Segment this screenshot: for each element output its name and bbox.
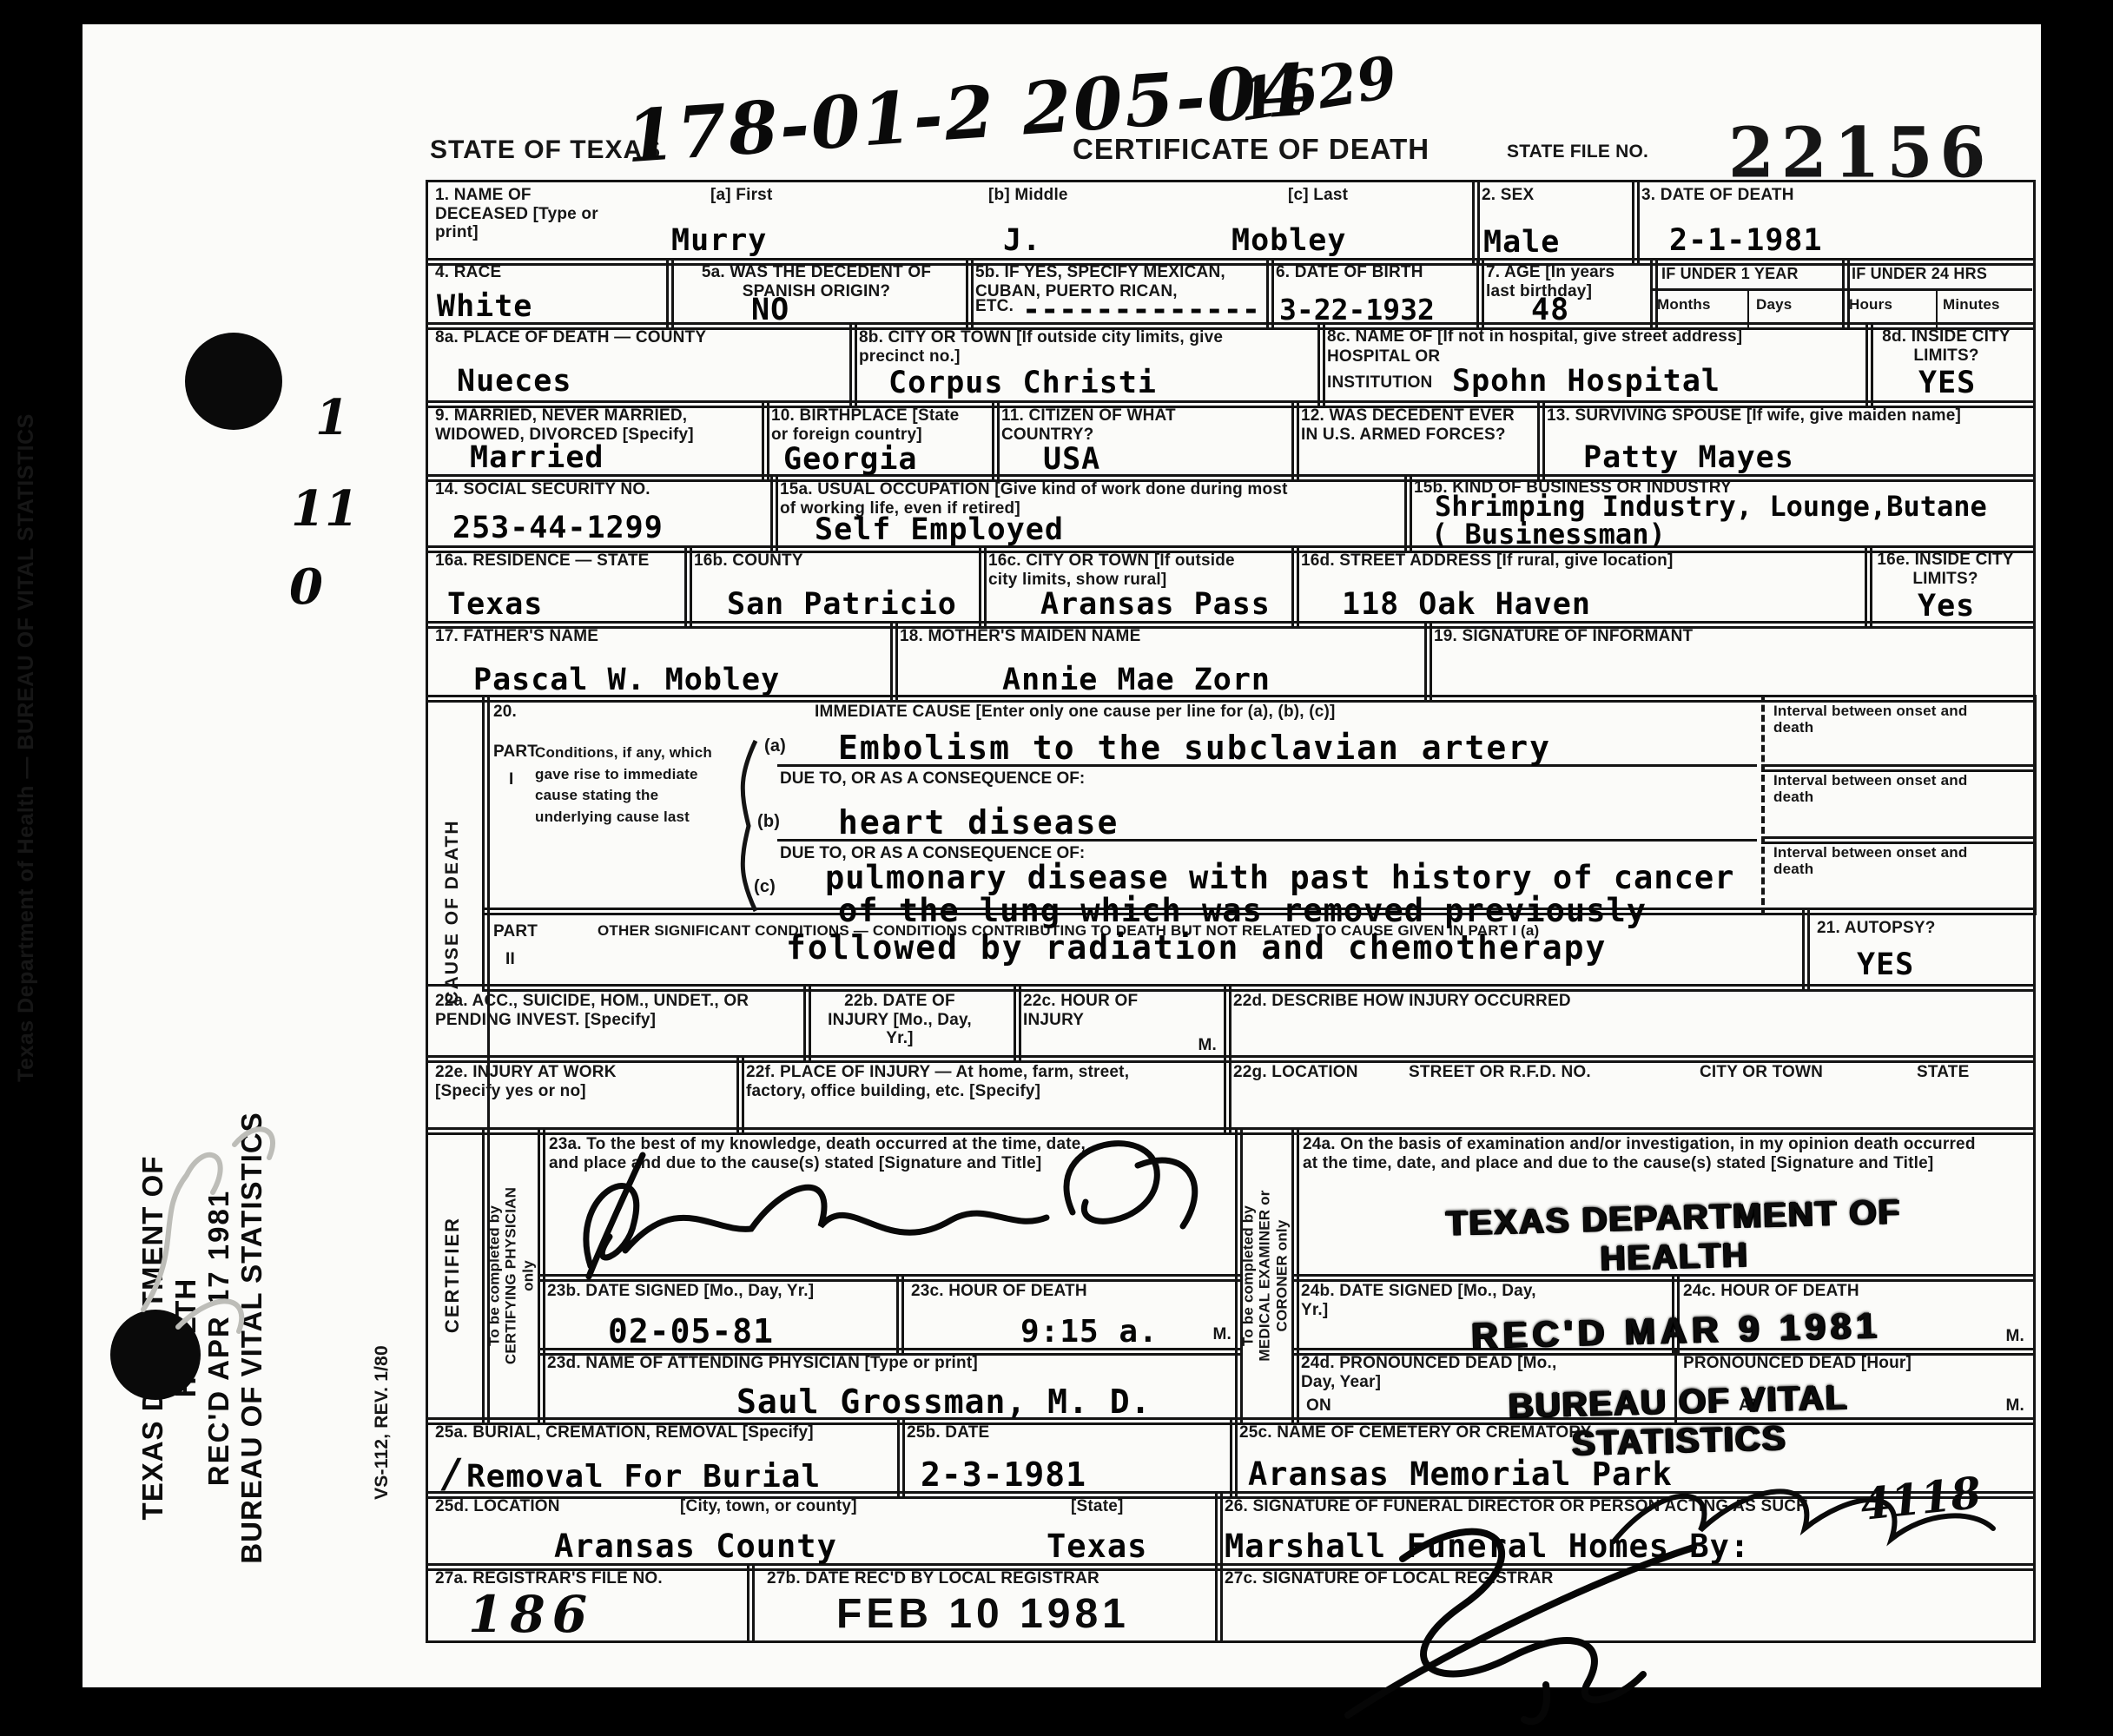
agency-vertical-label: Texas Department of Health — BUREAU OF V… [10,205,42,1290]
box-father-name: 17. FATHER'S NAME Pascal W. Mobley [426,621,898,703]
box-25b: 25b. DATE 2-3-1981 [897,1417,1238,1499]
conditions-brace [735,739,764,913]
received-stamp-mar: TEXAS DEPARTMENT OF HEALTH REC'D MAR 9 1… [1403,1191,1949,1468]
value-date-of-birth: 3-22-1932 [1279,295,1435,324]
value-spouse: Patty Mayes [1583,443,1794,473]
value-residence-county: San Patricio [727,590,957,620]
box-23d: 23d. NAME OF ATTENDING PHYSICIAN [Type o… [538,1348,1243,1425]
value-occupation: Self Employed [815,515,1064,545]
value-residence-state: Texas [447,590,543,620]
signature-certifying-physician [565,1129,1225,1290]
box-if-under-1-year: IF UNDER 1 YEAR Months Days [1650,258,1850,330]
state-file-no-stamp: 22156 [1728,114,1992,193]
value-cause-a: Embolism to the subclavian artery [838,731,1551,764]
value-age: 48 [1531,295,1569,326]
box-interval-c: Interval between onset and death [1761,836,2037,915]
value-part2: followed by radiation and chemotherapy [786,931,1607,964]
box-citizen: 11. CITIZEN OF WHAT COUNTRY? USA [992,400,1299,482]
value-location-county: Aransas County [554,1530,837,1562]
value-first-name: Murry [671,226,767,256]
value-hour-of-death: 9:15 a. [1020,1317,1159,1348]
handwritten-tally-0: 0 [289,558,323,616]
form-number: VS-112, REV. 1/80 [369,1336,395,1509]
box-place-of-death-county: 8a. PLACE OF DEATH — COUNTY Nueces [426,322,857,408]
value-mother-name: Annie Mae Zorn [1002,665,1271,696]
value-burial-date: 2-3-1981 [921,1458,1086,1491]
value-father-name: Pascal W. Mobley [473,665,780,696]
box-25a: 25a. BURIAL, CREMATION, REMOVAL [Specify… [426,1417,905,1499]
box-spanish-specify: 5b. IF YES, SPECIFY MEXICAN, CUBAN, PUER… [966,258,1274,330]
box-27a: 27a. REGISTRAR'S FILE NO. 186 [426,1563,755,1643]
handwritten-tally-11: 11 [291,480,359,538]
box-hospital: 8c. NAME OF [If not in hospital, give st… [1317,322,1873,408]
value-cause-b: heart disease [838,806,1119,839]
box-autopsy: 21. AUTOPSY? YES [1802,908,2036,992]
value-spanish-origin: NO [751,295,789,326]
box-22c: 22c. HOUR OF INJURY M. [1014,984,1231,1063]
box-occupation: 15a. USUAL OCCUPATION [Give kind of work… [770,474,1412,553]
box-death-city: 8b. CITY OR TOWN [If outside city limits… [849,322,1325,408]
box-street-address: 16d. STREET ADDRESS [If rural, give loca… [1291,545,1872,629]
value-date-signed: 02-05-81 [608,1315,774,1348]
value-attending-physician: Saul Grossman, M. D. [736,1385,1152,1418]
box-industry: 15b. KIND OF BUSINESS OR INDUSTRY Shrimp… [1404,474,2036,553]
value-residence-city: Aransas Pass [1040,590,1271,620]
box-spanish-origin: 5a. WAS THE DECEDENT OF SPANISH ORIGIN? … [666,258,974,330]
box-ssn: 14. SOCIAL SECURITY NO. 253-44-1299 [426,474,778,553]
value-birthplace: Georgia [783,445,918,475]
value-industry-1: Shrimping Industry, Lounge,Butane [1435,492,1987,520]
value-death-county: Nueces [457,366,571,397]
value-last-name: Mobley [1231,226,1346,256]
box-residence-county: 16b. COUNTY San Patricio [684,545,987,629]
value-race: White [437,292,532,322]
box-22d: 22d. DESCRIBE HOW INJURY OCCURRED [1224,984,2036,1063]
box-sex: 2. SEX Male [1472,180,1640,266]
box-birthplace: 10. BIRTHPLACE [State or foreign country… [762,400,1000,482]
value-cause-c1: pulmonary disease with past history of c… [825,861,1734,894]
signature-local-registrar [1329,1511,1763,1728]
value-industry-2: ( Businessman) [1431,520,1666,548]
box-mother-name: 18. MOTHER'S MAIDEN NAME Annie Mae Zorn [890,621,1432,703]
box-interval-b: Interval between onset and death [1761,764,2037,844]
box-if-under-24-hrs: IF UNDER 24 HRS Hours Minutes [1842,258,2036,330]
box-22e: 22e. INJURY AT WORK [Specify yes or no] [426,1055,744,1135]
box-residence-state: 16a. RESIDENCE — STATE Texas [426,545,692,629]
certifier-column: CERTIFIER [426,1127,490,1425]
box-death-inside-city: 8d. INSIDE CITY LIMITS? YES [1865,322,2036,408]
value-citizen: USA [1043,445,1100,475]
value-date-recd-stamp: FEB 10 1981 [836,1590,1130,1638]
box-residence-inside-city: 16e. INSIDE CITY LIMITS? Yes [1865,545,2036,629]
box-27b: 27b. DATE REC'D BY LOCAL REGISTRAR FEB 1… [747,1563,1223,1643]
box-marital-status: 9. MARRIED, NEVER MARRIED, WIDOWED, DIVO… [426,400,769,482]
value-death-city: Corpus Christi [888,368,1157,399]
handwritten-tally-1: 1 [315,389,349,446]
value-marital: Married [470,443,604,473]
box-residence-city: 16c. CITY OR TOWN [If outside city limit… [979,545,1299,629]
box-25d: 25d. LOCATION [City, town, or county] [S… [426,1491,1223,1571]
value-burial-removal: Removal For Burial [466,1462,821,1493]
state-file-no-label: STATE FILE NO. [1507,142,1648,162]
value-middle-name: J. [1003,226,1041,256]
box-surviving-spouse: 13. SURVIVING SPOUSE [If wife, give maid… [1537,400,2036,482]
value-ssn: 253-44-1299 [452,513,664,544]
box-name-of-deceased: 1. NAME OF DECEASED [Type or print] [a] … [426,180,1480,266]
certifying-physician-column: To be completed by CERTIFYING PHYSICIAN … [482,1127,545,1425]
value-registrar-file-no: 186 [468,1585,594,1644]
handwritten-slash: / [444,1449,459,1496]
value-sex: Male [1483,228,1560,258]
value-location-state: Texas [1047,1530,1147,1562]
box-interval-a: Interval between onset and death [1761,695,2037,772]
box-22a: 22a. ACC., SUICIDE, HOM., UNDET., OR PEN… [426,984,811,1063]
box-race: 4. RACE White [426,258,674,330]
value-spanish-specify: ------------- [1022,295,1260,326]
box-armed-forces: 12. WAS DECEDENT EVER IN U.S. ARMED FORC… [1291,400,1545,482]
box-22b: 22b. DATE OF INJURY [Mo., Day, Yr.] [803,984,1021,1063]
value-hospital: Spohn Hospital [1452,366,1720,397]
box-age: 7. AGE [In years last birthday] 48 [1476,258,1658,330]
box-date-of-birth: 6. DATE OF BIRTH 3-22-1932 [1266,258,1484,330]
value-autopsy: YES [1857,950,1914,980]
faint-margin-scrawl [104,1092,330,1344]
value-street-address: 118 Oak Haven [1342,590,1591,620]
value-cause-c2: of the lung which was removed previously [838,894,1647,927]
box-informant-signature: 19. SIGNATURE OF INFORMANT [1424,621,2036,703]
value-residence-inside-city: Yes [1918,591,1975,622]
punch-hole [185,333,282,430]
value-death-inside-city: YES [1918,368,1976,399]
box-22g: 22g. LOCATION STREET OR R.F.D. NO. CITY … [1224,1055,2036,1135]
scanned-death-certificate: 1629 STATE OF TEXAS 178-01-2 205-04 CERT… [0,0,2113,1736]
value-date-of-death: 2-1-1981 [1669,226,1823,256]
box-22f: 22f. PLACE OF INJURY — At home, farm, st… [736,1055,1231,1135]
medical-examiner-column: To be completed by MEDICAL EXAMINER or C… [1235,1127,1299,1425]
